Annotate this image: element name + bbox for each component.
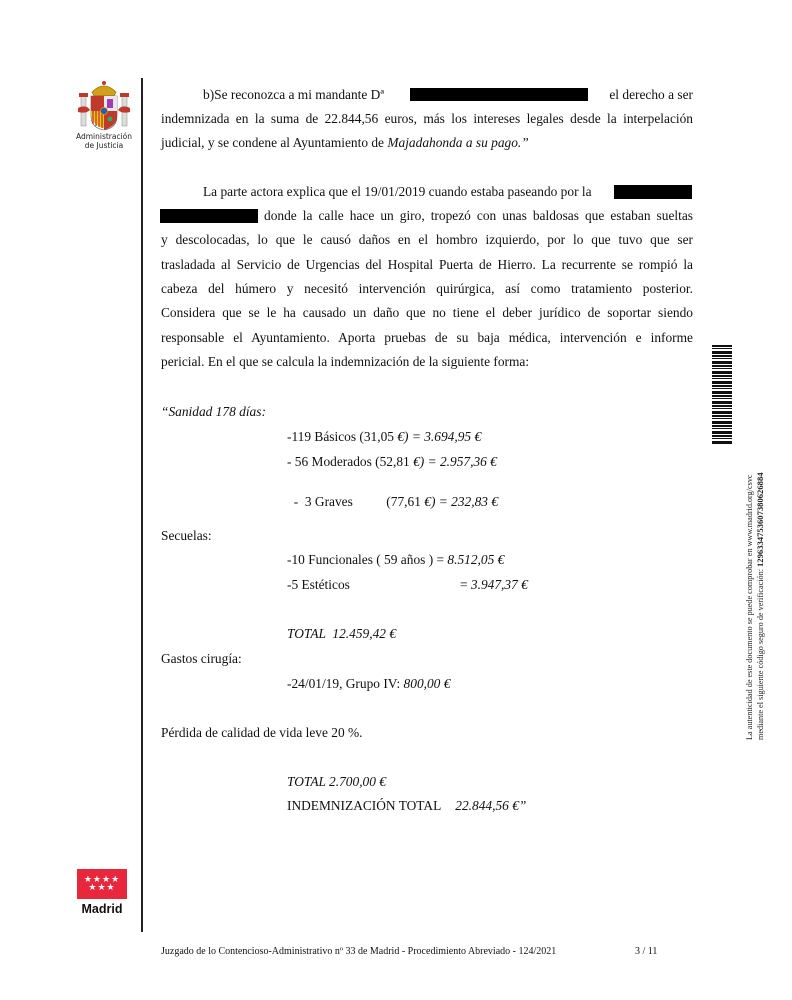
p2-line3: y descolocadas, lo que le causó daños en… xyxy=(161,232,693,248)
secuelas-total: TOTAL 12.459,42 € xyxy=(287,626,396,642)
sanidad-title: “Sanidad 178 días: xyxy=(161,404,266,420)
p1-line2: indemnizada en la suma de 22.844,56 euro… xyxy=(161,111,693,127)
sanidad-item-graves: - 3 Graves (77,61 €) = 232,83 € xyxy=(287,478,498,510)
p2-line4: trasladada al Servicio de Urgencias del … xyxy=(161,257,693,273)
p1-line1-a: b)Se reconozca a mi mandante Dª xyxy=(203,87,384,103)
p1-line1-b: el derecho a ser xyxy=(596,87,693,103)
indemnizacion-total: INDEMNIZACIÓN TOTAL22.844,56 €” xyxy=(287,798,526,814)
p1-line3: judicial, y se condene al Ayuntamiento d… xyxy=(161,135,529,151)
secuelas-item-funcionales: -10 Funcionales ( 59 años ) = 8.512,05 € xyxy=(287,552,504,568)
p2-line7: responsable el Ayuntamiento. Aporta prue… xyxy=(161,330,693,346)
footer-court: Juzgado de lo Contencioso-Administrativo… xyxy=(161,946,556,958)
margin-rule xyxy=(141,78,143,932)
secuelas-item-esteticos-value: = 3.947,37 € xyxy=(460,577,528,593)
redacted-street-b xyxy=(160,209,258,223)
secuelas-title: Secuelas: xyxy=(161,528,212,544)
madrid-flag-logo: ★★★★ ★★★ xyxy=(77,869,127,899)
secuelas-item-esteticos-label: -5 Estéticos xyxy=(287,577,350,593)
verification-text: La autenticidad de este documento se pue… xyxy=(745,472,766,740)
p2-line5: cabeza del húmero y necesitó intervenció… xyxy=(161,281,693,297)
footer-page-number: 3 / 11 xyxy=(635,946,657,958)
barcode xyxy=(712,345,732,445)
p2-line6: Considera que se le ha causado un daño q… xyxy=(161,305,693,321)
redacted-street-a xyxy=(614,185,692,199)
sanidad-item-basicos: -119 Básicos (31,05 €) = 3.694,95 € xyxy=(287,429,481,445)
logo-label: Administración de Justicia xyxy=(66,132,142,150)
redacted-name xyxy=(410,88,588,101)
total-perdida: TOTAL 2.700,00 € xyxy=(287,774,386,790)
gastos-item: -24/01/19, Grupo IV: 800,00 € xyxy=(287,676,450,692)
gastos-title: Gastos cirugía: xyxy=(161,651,242,667)
p2-line8: pericial. En el que se calcula la indemn… xyxy=(161,354,529,370)
perdida-calidad-vida: Pérdida de calidad de vida leve 20 %. xyxy=(161,725,363,741)
p2-line1: La parte actora explica que el 19/01/201… xyxy=(203,184,592,200)
p2-line2: donde la calle hace un giro, tropezó con… xyxy=(264,208,693,224)
sanidad-item-moderados: - 56 Moderados (52,81 €) = 2.957,36 € xyxy=(287,454,497,470)
spain-coat-of-arms-logo xyxy=(78,78,130,132)
verification-code: 1296334753607380626884 xyxy=(755,472,765,567)
stars-icon: ★★★ xyxy=(88,884,115,892)
madrid-label: Madrid xyxy=(72,902,132,916)
